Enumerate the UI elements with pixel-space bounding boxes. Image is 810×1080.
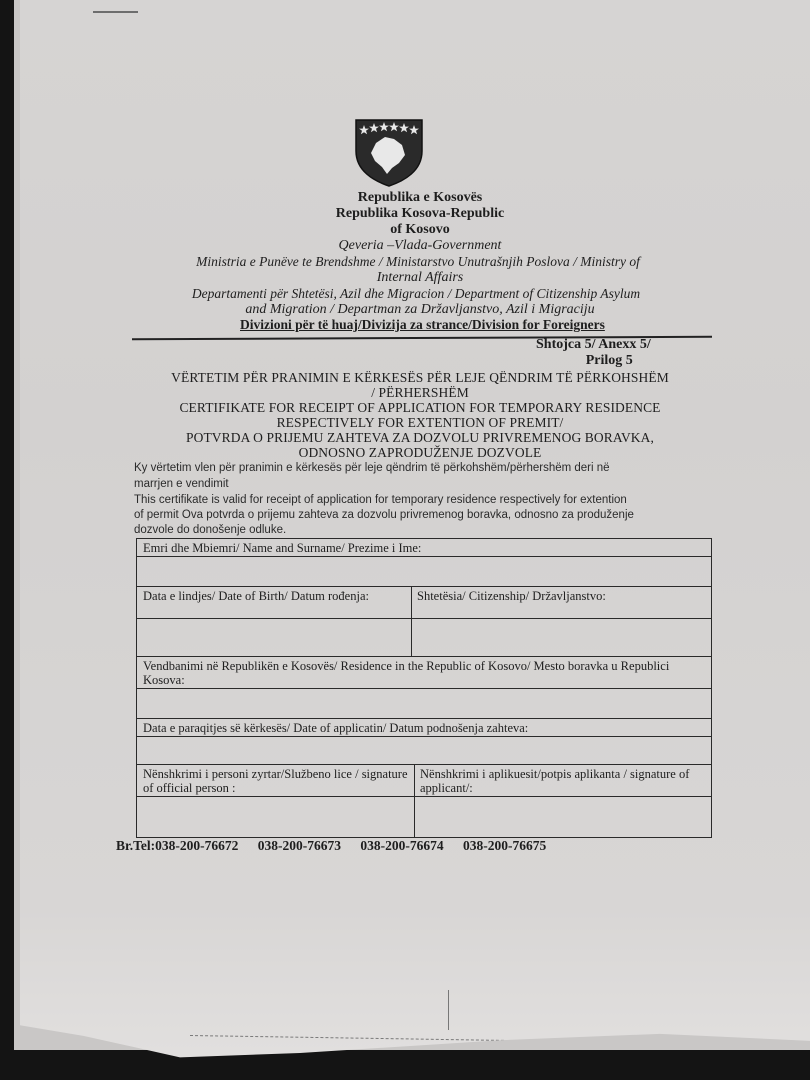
dob-field[interactable]	[137, 619, 411, 657]
name-label: Emri dhe Mbiemri/ Name and Surname/ Prez…	[137, 539, 711, 557]
top-dash-mark	[93, 11, 138, 13]
phone-numbers: Br.Tel:038-200-76672 038-200-76673 038-2…	[116, 838, 560, 854]
applicant-signature-field[interactable]	[414, 797, 711, 837]
column-divider	[414, 765, 415, 837]
title-sr-2: ODNOSNO ZAPRODUŽENJE DOZVOLE	[120, 445, 720, 460]
fold-crease	[448, 990, 449, 1030]
republic-sq: Republika e Kosovës	[120, 190, 720, 206]
phone-4: 038-200-76675	[463, 838, 546, 853]
dob-label: Data e lindjes/ Date of Birth/ Datum rođ…	[137, 587, 411, 619]
title-sq-2: / PËRHERSHËM	[120, 385, 720, 400]
description-sq-1: Ky vërtetim vlen për pranimin e kërkesës…	[134, 460, 714, 476]
name-field[interactable]	[137, 557, 711, 587]
description-en-2: of permit Ova potvrda o prijemu zahteva …	[134, 507, 714, 523]
title-en-1: CERTIFIKATE FOR RECEIPT OF APPLICATION F…	[120, 400, 720, 415]
application-date-field[interactable]	[137, 737, 711, 765]
residence-label: Vendbanimi në Republikën e Kosovës/ Resi…	[137, 657, 711, 689]
kosovo-coat-of-arms-icon	[352, 117, 426, 187]
phone-2: 038-200-76673	[258, 838, 341, 853]
annex-line-1: Shtojca 5/ Anexx 5/	[536, 337, 651, 353]
official-signature-field[interactable]	[137, 797, 414, 837]
phone-3: 038-200-76674	[360, 838, 443, 853]
application-date-label: Data e paraqitjes së kërkesës/ Date of a…	[137, 719, 711, 737]
ministry-line-2: Internal Affairs	[120, 270, 720, 286]
application-form-table: Emri dhe Mbiemri/ Name and Surname/ Prez…	[136, 538, 712, 838]
column-divider	[411, 587, 412, 657]
applicant-signature-label: Nënshkrimi i aplikuesit/potpis aplikanta…	[414, 765, 711, 797]
ministry-line-1: Ministria e Punëve te Brendshme / Minist…	[118, 254, 718, 270]
annex-line-2: Prilog 5	[536, 353, 651, 369]
official-signature-label: Nënshkrimi i personi zyrtar/Službeno lic…	[137, 765, 414, 797]
title-sq-1: VËRTETIM PËR PRANIMIN E KËRKESËS PËR LEJ…	[120, 370, 720, 385]
citizenship-field[interactable]	[411, 619, 711, 657]
annex-label: Shtojca 5/ Anexx 5/ Prilog 5	[536, 337, 651, 369]
title-en-2: RESPECTIVELY FOR EXTENTION OF PREMIT/	[120, 415, 720, 430]
republic-en: of Kosovo	[120, 222, 720, 238]
government: Qeveria –Vlada-Government	[120, 238, 720, 254]
department-line-2: and Migration / Departman za Državljanst…	[120, 302, 720, 318]
phone-1: Br.Tel:038-200-76672	[116, 838, 238, 853]
residence-field[interactable]	[137, 689, 711, 719]
description-en-3: dozvole do donošenje odluke.	[134, 522, 714, 538]
description-en-1: This certifikate is valid for receipt of…	[134, 492, 714, 508]
title-sr-1: POTVRDA O PRIJEMU ZAHTEVA ZA DOZVOLU PRI…	[120, 430, 720, 445]
description-sq-2: marrjen e vendimit	[134, 476, 714, 492]
department-line-1: Departamenti për Shtetësi, Azil dhe Migr…	[116, 286, 716, 302]
division: Divizioni për të huaj/Divizija za stranc…	[240, 317, 605, 333]
republic-sr-en: Republika Kosova-Republic	[120, 206, 720, 222]
citizenship-label: Shtetësia/ Citizenship/ Državljanstvo:	[411, 587, 711, 619]
